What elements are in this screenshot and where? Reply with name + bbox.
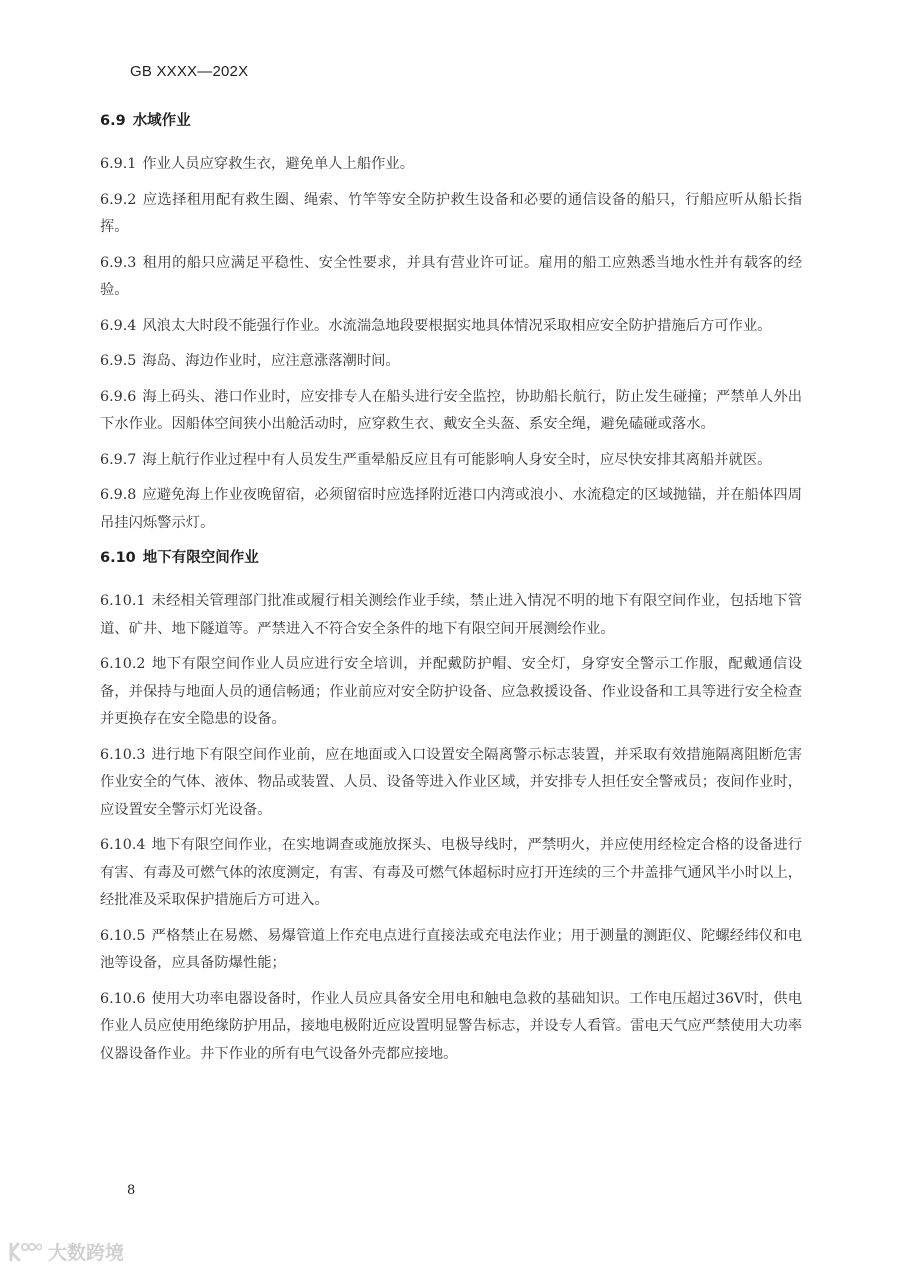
clause-text: 使用大功率电器设备时，作业人员应具备安全用电和触电急救的基础知识。工作电压超过3… xyxy=(100,991,802,1062)
clause-number: 6.9.7 xyxy=(100,452,136,468)
clause-number: 6.9.4 xyxy=(100,318,136,334)
clause-6-9-3: 6.9.3租用的船只应满足平稳性、安全性要求，并具有营业许可证。雇用的船工应熟悉… xyxy=(100,250,802,305)
clause-number: 6.10.4 xyxy=(100,837,145,853)
clause-6-9-7: 6.9.7海上航行作业过程中有人员发生严重晕船反应且有可能影响人身安全时，应尽快… xyxy=(100,447,802,475)
clause-6-10-6: 6.10.6使用大功率电器设备时，作业人员应具备安全用电和触电急救的基础知识。工… xyxy=(100,986,802,1069)
clause-6-10-2: 6.10.2地下有限空间作业人员应进行安全培训，并配戴防护帽、安全灯，身穿安全警… xyxy=(100,651,802,734)
clause-number: 6.9.3 xyxy=(100,255,136,271)
document-code-header: GB XXXX—202X xyxy=(130,63,248,80)
clause-text: 租用的船只应满足平稳性、安全性要求，并具有营业许可证。雇用的船工应熟悉当地水性并… xyxy=(100,255,802,299)
clause-6-10-4: 6.10.4地下有限空间作业，在实地调查或施放探头、电极导线时，严禁明火，并应使… xyxy=(100,832,802,915)
clause-text: 地下有限空间作业，在实地调查或施放探头、电极导线时，严禁明火，并应使用经检定合格… xyxy=(100,837,802,908)
clause-text: 未经相关管理部门批准或履行相关测绘作业手续，禁止进入情况不明的地下有限空间作业，… xyxy=(100,593,802,637)
clause-number: 6.9.1 xyxy=(100,156,136,172)
section-number: 6.9 xyxy=(100,113,126,129)
clause-6-9-2: 6.9.2应选择租用配有救生圈、绳索、竹竿等安全防护救生设备和必要的通信设备的船… xyxy=(100,187,802,242)
watermark: 大数跨境 xyxy=(8,1238,124,1265)
watermark-text: 大数跨境 xyxy=(48,1238,124,1265)
clause-6-10-5: 6.10.5严格禁止在易燃、易爆管道上作充电点进行直接法或充电法作业；用于测量的… xyxy=(100,923,802,978)
clause-text: 严格禁止在易燃、易爆管道上作充电点进行直接法或充电法作业；用于测量的测距仪、陀螺… xyxy=(100,928,802,972)
clause-number: 6.10.3 xyxy=(100,747,145,763)
clause-6-9-6: 6.9.6海上码头、港口作业时，应安排专人在船头进行安全监控，协助船长航行，防止… xyxy=(100,384,802,439)
clause-text: 作业人员应穿救生衣，避免单人上船作业。 xyxy=(142,156,414,172)
clause-text: 风浪太大时段不能强行作业。水流湍急地段要根据实地具体情况采取相应安全防护措施后方… xyxy=(142,318,771,334)
clause-6-10-1: 6.10.1未经相关管理部门批准或履行相关测绘作业手续，禁止进入情况不明的地下有… xyxy=(100,588,802,643)
section-title: 水域作业 xyxy=(133,113,191,129)
clause-6-9-1: 6.9.1作业人员应穿救生衣，避免单人上船作业。 xyxy=(100,151,802,179)
clause-text: 地下有限空间作业人员应进行安全培训，并配戴防护帽、安全灯，身穿安全警示工作服，配… xyxy=(100,656,802,727)
document-body: 6.9水域作业 6.9.1作业人员应穿救生衣，避免单人上船作业。 6.9.2应选… xyxy=(100,108,802,1076)
clause-number: 6.10.2 xyxy=(100,656,145,672)
section-heading-6-10: 6.10地下有限空间作业 xyxy=(100,545,802,571)
clause-number: 6.9.5 xyxy=(100,353,136,369)
clause-6-10-3: 6.10.3进行地下有限空间作业前，应在地面或入口设置安全隔离警示标志装置，并采… xyxy=(100,742,802,825)
clause-text: 进行地下有限空间作业前，应在地面或入口设置安全隔离警示标志装置，并采取有效措施隔… xyxy=(100,747,802,818)
section-heading-6-9: 6.9水域作业 xyxy=(100,108,802,134)
clause-number: 6.9.2 xyxy=(100,192,136,208)
clause-number: 6.10.5 xyxy=(100,928,145,944)
clause-number: 6.10.6 xyxy=(100,991,145,1007)
section-title: 地下有限空间作业 xyxy=(143,550,259,566)
document-page: GB XXXX—202X 6.9水域作业 6.9.1作业人员应穿救生衣，避免单人… xyxy=(0,0,900,1273)
k100-logo-icon xyxy=(8,1241,42,1263)
clause-6-9-5: 6.9.5海岛、海边作业时，应注意涨落潮时间。 xyxy=(100,348,802,376)
clause-number: 6.10.1 xyxy=(100,593,145,609)
clause-6-9-4: 6.9.4风浪太大时段不能强行作业。水流湍急地段要根据实地具体情况采取相应安全防… xyxy=(100,313,802,341)
clause-text: 海岛、海边作业时，应注意涨落潮时间。 xyxy=(142,353,399,369)
section-number: 6.10 xyxy=(100,550,136,566)
clause-number: 6.9.8 xyxy=(100,487,136,503)
clause-text: 海上航行作业过程中有人员发生严重晕船反应且有可能影响人身安全时，应尽快安排其离船… xyxy=(142,452,771,468)
page-number: 8 xyxy=(127,1183,135,1198)
clause-number: 6.9.6 xyxy=(100,389,136,405)
clause-text: 应选择租用配有救生圈、绳索、竹竿等安全防护救生设备和必要的通信设备的船只，行船应… xyxy=(100,192,802,236)
clause-6-9-8: 6.9.8应避免海上作业夜晚留宿，必须留宿时应选择附近港口内湾或浪小、水流稳定的… xyxy=(100,482,802,537)
clause-text: 应避免海上作业夜晚留宿，必须留宿时应选择附近港口内湾或浪小、水流稳定的区域抛锚，… xyxy=(100,487,802,531)
clause-text: 海上码头、港口作业时，应安排专人在船头进行安全监控，协助船长航行，防止发生碰撞；… xyxy=(100,389,802,433)
